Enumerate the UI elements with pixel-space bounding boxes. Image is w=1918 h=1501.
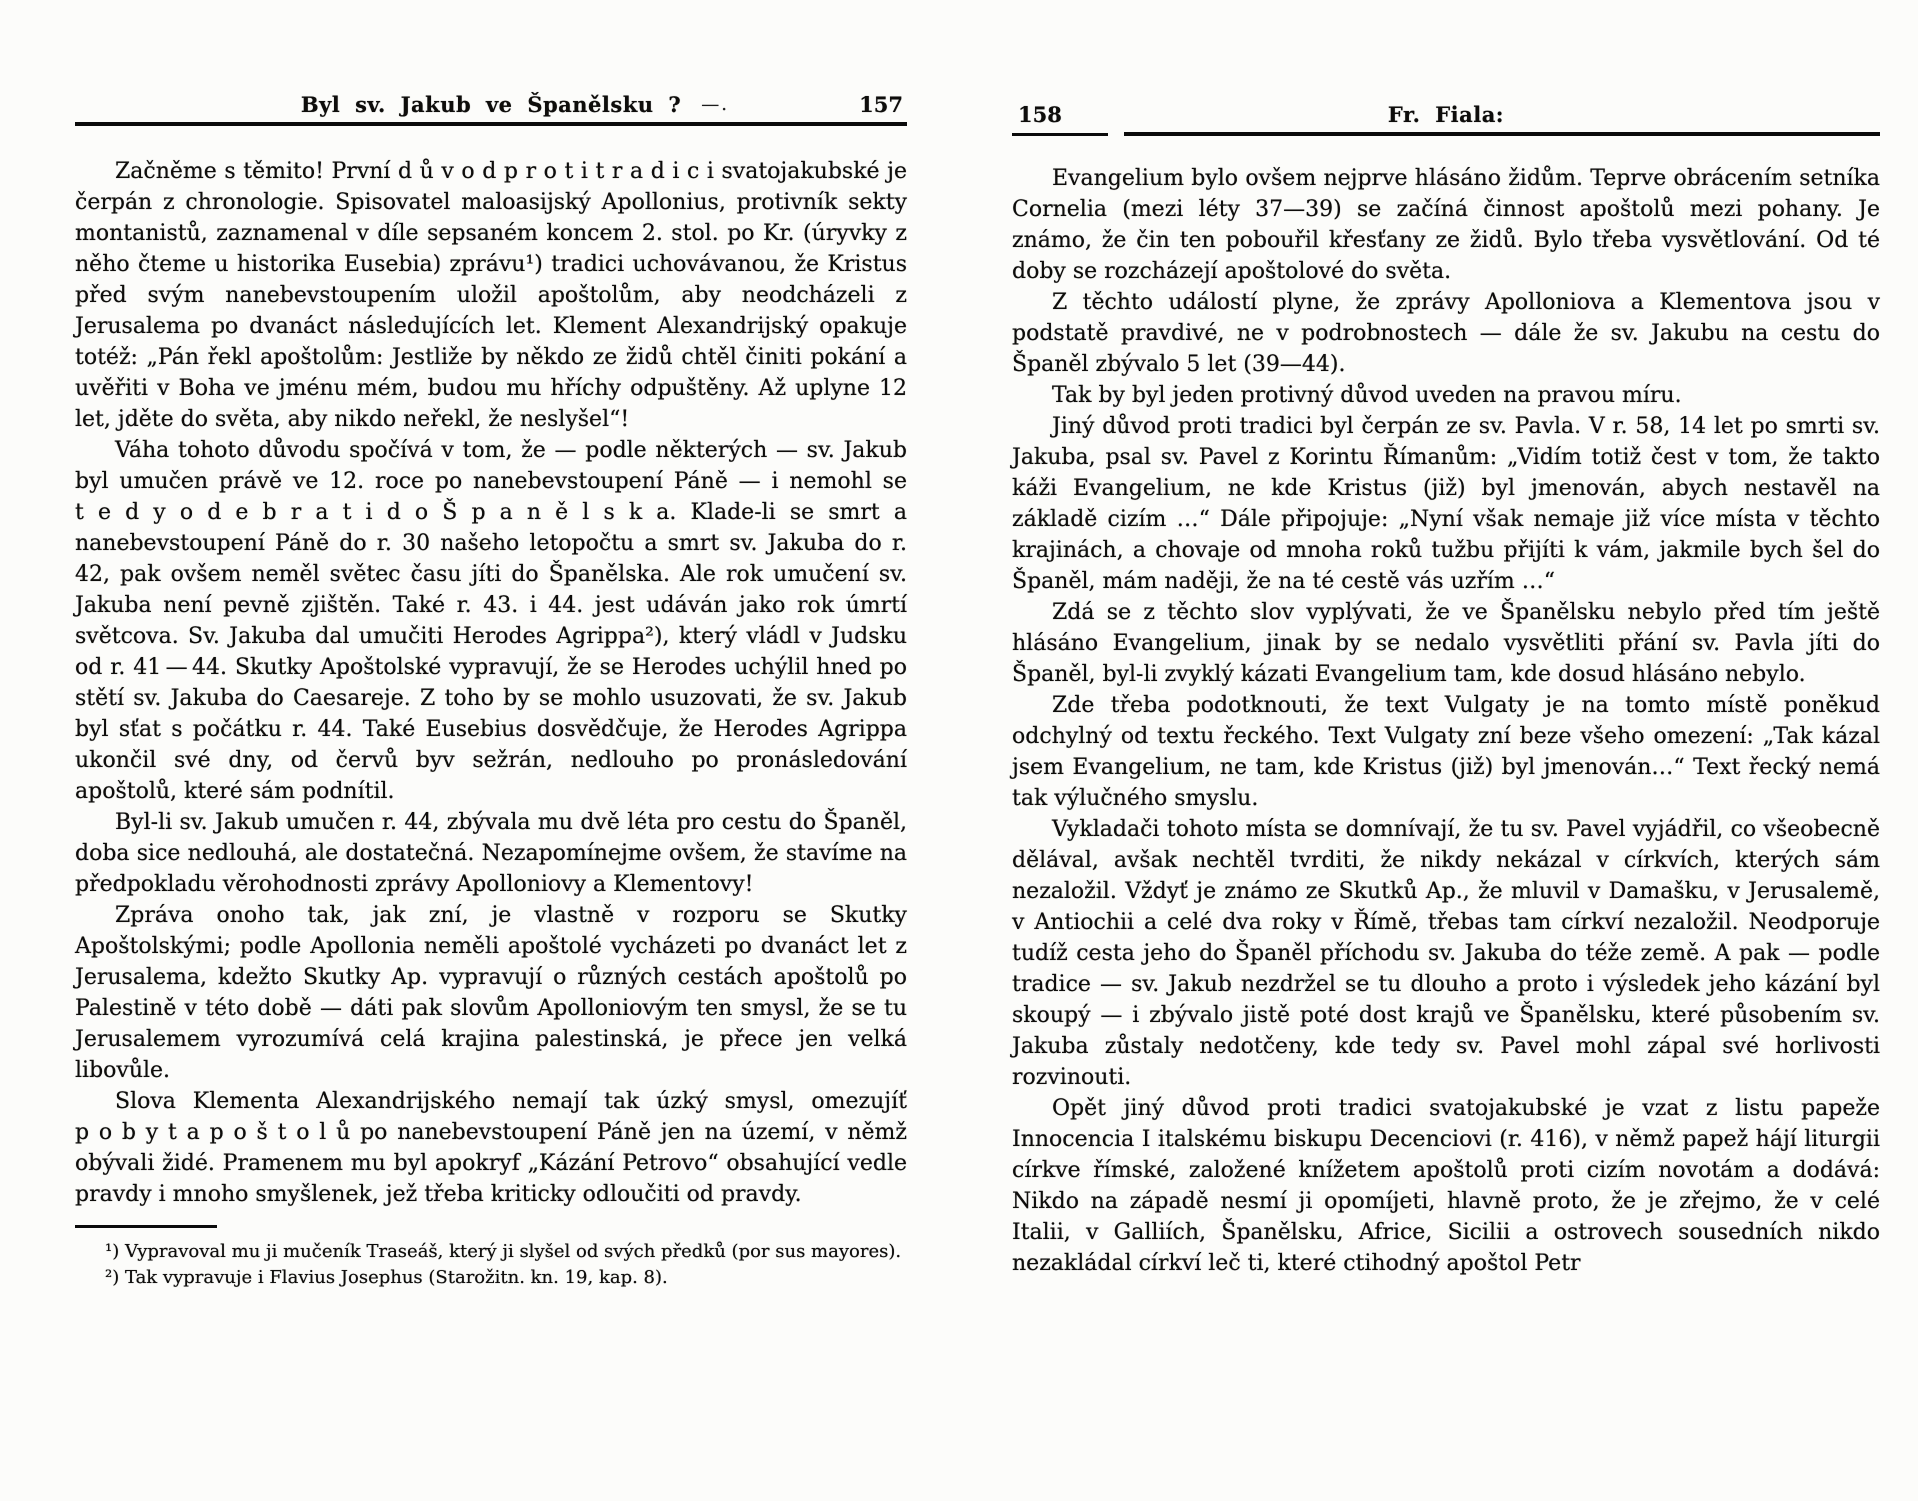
paragraph: Zde třeba podotknouti, že text Vulgaty j… (1012, 690, 1880, 814)
ink-smudge: —. (701, 94, 729, 115)
header-rule-right (1012, 132, 1880, 136)
rule-segment-short (1012, 133, 1108, 136)
paragraph: Jiný důvod proti tradici byl čerpán ze s… (1012, 411, 1880, 597)
page-number-158: 158 (1018, 102, 1062, 127)
paragraph: Evangelium bylo ovšem nejprve hlásáno ži… (1012, 163, 1880, 287)
page-158-body: Evangelium bylo ovšem nejprve hlásáno ži… (1012, 163, 1880, 1279)
paragraph: Zpráva onoho tak, jak zní, je vlastně v … (75, 900, 907, 1086)
paragraph: Začněme s těmito! První d ů v o d p r o … (75, 156, 907, 435)
rule-segment-long (1124, 132, 1880, 136)
page-157-header: Byl sv. Jakub ve Španělsku ? —. 157 (75, 92, 907, 119)
paragraph: Slova Klementa Alexandrijského nemají ta… (75, 1086, 907, 1210)
paragraph: Opět jiný důvod proti tradici svatojakub… (1012, 1093, 1880, 1279)
rule-gap (1108, 132, 1124, 133)
book-scan: { "colors": { "paper": "#fcfcfa", "ink":… (0, 0, 1918, 1501)
running-title-right: Fr. Fiala: (1012, 102, 1880, 127)
paragraph: Z těchto událostí plyne, že zprávy Apoll… (1012, 287, 1880, 380)
footnote-1: ¹) Vypravoval mu ji mučeník Traseáš, kte… (75, 1239, 907, 1265)
page-number-157: 157 (859, 92, 903, 117)
paragraph: Váha tohoto důvodu spočívá v tom, že — p… (75, 435, 907, 807)
paragraph: Byl-li sv. Jakub umučen r. 44, zbývala m… (75, 807, 907, 900)
footnote-2: ²) Tak vypravuje i Flavius Josephus (Sta… (75, 1265, 907, 1291)
header-rule-left (75, 122, 907, 126)
footnote-separator (75, 1225, 217, 1228)
page-158: 158 Fr. Fiala: Evangelium bylo ovšem nej… (1012, 0, 1880, 1279)
paragraph: Vykladači tohoto místa se domnívají, že … (1012, 814, 1880, 1093)
page-157: Byl sv. Jakub ve Španělsku ? —. 157 Začn… (75, 0, 907, 1291)
page-158-header: 158 Fr. Fiala: (1012, 102, 1880, 129)
paragraph: Zdá se z těchto slov vyplývati, že ve Šp… (1012, 597, 1880, 690)
running-title-left: Byl sv. Jakub ve Španělsku ? (75, 92, 907, 117)
page-157-body: Začněme s těmito! První d ů v o d p r o … (75, 156, 907, 1291)
paragraph: Tak by byl jeden protivný důvod uveden n… (1012, 380, 1880, 411)
